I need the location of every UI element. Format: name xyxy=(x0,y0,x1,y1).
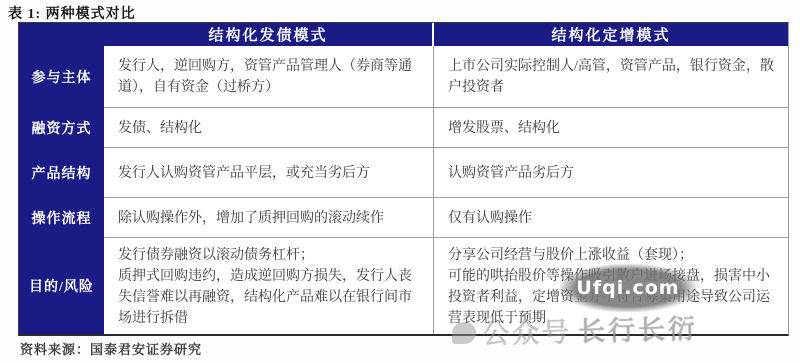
comparison-table: 结构化发债模式 结构化定增模式 参与主体 发行人，逆回购方，资管产品管理人（券商… xyxy=(18,22,789,336)
table-title: 表 1: 两种模式对比 xyxy=(8,3,136,23)
cell-process-bond: 除认购操作外，增加了质押回购的滚动续作 xyxy=(104,198,434,238)
cell-purpose-risk-placement: 分享公司经营与股价上涨收益（套现）； 可能的哄抬股价等操作吸引散户进场接盘，损害… xyxy=(434,238,788,334)
cell-financing-bond: 发债、结构化 xyxy=(104,108,434,148)
header-col-placement-mode: 结构化定增模式 xyxy=(434,23,788,46)
header-corner-cell xyxy=(19,23,104,46)
source-note: 资料来源：国泰君安证券研究 xyxy=(20,339,202,358)
cell-structure-bond: 发行人认购资管产品平层，或充当劣后方 xyxy=(104,148,434,198)
header-col-bond-mode: 结构化发债模式 xyxy=(104,23,434,46)
row-label-structure: 产品结构 xyxy=(19,148,104,198)
row-label-process: 操作流程 xyxy=(19,198,104,238)
cell-process-placement: 仅有认购操作 xyxy=(434,198,788,238)
report-figure: 表 1: 两种模式对比 结构化发债模式 结构化定增模式 参与主体 发行人，逆回购… xyxy=(0,0,800,363)
cell-participants-bond: 发行人，逆回购方，资管产品管理人（券商等通道），自有资金（过桥方） xyxy=(104,46,434,108)
cell-financing-placement: 增发股票、结构化 xyxy=(434,108,788,148)
cell-purpose-risk-bond: 发行债券融资以滚动债务杠杆； 质押式回购违约，造成逆回购方损失，发行人丧失信誉难… xyxy=(104,238,434,334)
cell-structure-placement: 认购资管产品劣后方 xyxy=(434,148,788,198)
cell-participants-placement: 上市公司实际控制人/高管，资管产品，银行资金，散户投资者 xyxy=(434,46,788,108)
row-label-purpose-risk: 目的/风险 xyxy=(19,238,104,334)
row-label-participants: 参与主体 xyxy=(19,46,104,108)
row-label-financing: 融资方式 xyxy=(19,108,104,148)
